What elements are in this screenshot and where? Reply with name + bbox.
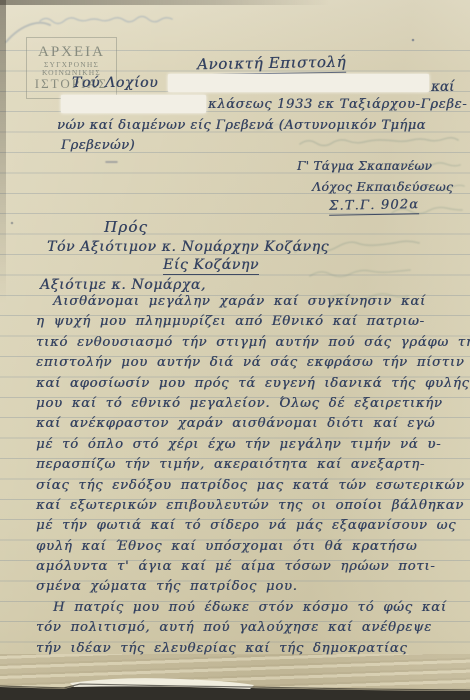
- ink-speck: [11, 222, 14, 225]
- residence-line: νών καί διαμένων είς Γρεβενά (Αστυνομικό…: [57, 118, 426, 133]
- handwriting-line: αμόλυντα τ' άγια καί μέ αίμα τόσων ηρώων…: [36, 559, 466, 579]
- unit-line-1: Γ' Τάγμα Σκαπανέων: [297, 159, 432, 173]
- residence-line-2: Γρεβενών): [61, 138, 135, 153]
- bleedthrough-mark: [300, 138, 458, 146]
- sender-line-suffix: καί: [431, 79, 454, 95]
- torn-bottom-edge: [0, 672, 470, 700]
- handwriting-line: μου καί τό εθνικό μεγαλείον. Όλως δέ εξα…: [36, 396, 466, 416]
- handwriting-line: τόν πολιτισμό, αυτή πού γαλούχησε καί αν…: [36, 620, 466, 640]
- scanned-letter-photo: ΑΡΧΕΙΑ ΣΥΓΧΡΟΝΗΣ ΚΟΙΝΩΝΙΚΗΣ ΙΣΤΟΡΙΑΣ Ανο…: [0, 0, 470, 700]
- handwriting-line: καί εξωτερικών επιβουλευτών της οι οποίο…: [36, 498, 466, 518]
- handwriting-line: μέ τήν φωτιά καί τό σίδερο νά μάς εξαφαν…: [36, 518, 466, 538]
- handwriting-line: περασπίζω τήν τιμήν, ακεραιότητα καί ανε…: [36, 457, 466, 477]
- letter-body: Αισθάνομαι μεγάλην χαράν καί συγκίνησιν …: [36, 294, 466, 661]
- bleedthrough-mark: [40, 17, 172, 24]
- handwriting-line: φυλή καί Έθνος καί υπόσχομαι ότι θά κρατ…: [36, 539, 466, 559]
- recipient-to: Πρός: [104, 218, 148, 236]
- sender-line-prefix: Τού Λοχίου: [72, 75, 158, 91]
- handwriting-line: σίας τής ενδόξου πατρίδος μας κατά τών ε…: [36, 478, 466, 498]
- handwriting-line: Η πατρίς μου πού έδωκε στόν κόσμο τό φώς…: [36, 600, 466, 620]
- recipient-line-2: Είς Κοζάνην: [163, 257, 259, 275]
- photo-edge-shadow: [0, 0, 6, 330]
- handwriting-line: σμένα χώματα τής πατρίδος μου.: [36, 579, 466, 599]
- class-line: κλάσεως 1933 εκ Ταξιάρχου-Γρεβε-: [208, 97, 467, 112]
- recipient-line-1: Τόν Αξιότιμον κ. Νομάρχην Κοζάνης: [47, 239, 329, 255]
- handwriting-line: καί ανέκφραστον χαράν αισθάνομαι διότι κ…: [36, 416, 466, 436]
- handwriting-line: η ψυχή μου πλημμυρίζει από Εθνικό καί πα…: [36, 314, 466, 334]
- photo-edge-shadow: [0, 0, 470, 5]
- unit-line-3: Σ.Τ.Γ. 902α: [329, 197, 420, 216]
- handwriting-line: επιστολήν μου αυτήν διά νά σάς εκφράσω τ…: [36, 355, 466, 375]
- ink-speck: [412, 39, 415, 42]
- stamp-line: ΑΡΧΕΙΑ: [38, 44, 105, 61]
- letter-title: Ανοικτή Επιστολή: [197, 53, 346, 76]
- bleedthrough-mark: [310, 270, 410, 277]
- redaction-box: [168, 74, 429, 92]
- handwriting-line: Αισθάνομαι μεγάλην χαράν καί συγκίνησιν …: [36, 294, 466, 314]
- salutation: Αξιότιμε κ. Νομάρχα,: [40, 277, 206, 293]
- handwriting-line: τικό ενθουσιασμό τήν στιγμή αυτήν πού σά…: [36, 335, 466, 355]
- redaction-box: [61, 95, 206, 113]
- handwriting-line: καί αφοσίωσίν μου πρός τά ευγενή ιδανικά…: [36, 376, 466, 396]
- handwriting-line: μέ τό όπλο στό χέρι έχω τήν μεγάλην τιμή…: [36, 437, 466, 457]
- unit-line-2: Λόχος Εκπαιδεύσεως: [312, 179, 453, 194]
